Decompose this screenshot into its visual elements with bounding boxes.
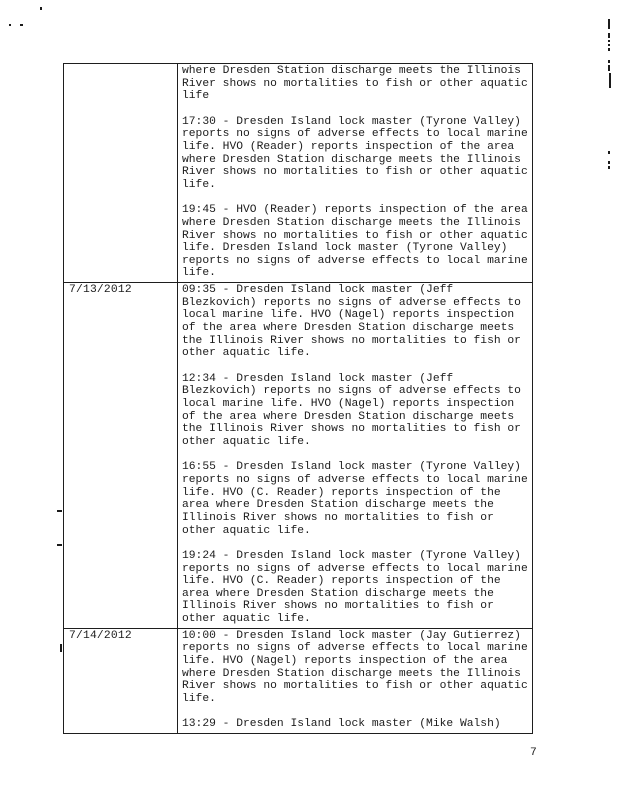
entries-cell: 09:35 - Dresden Island lock master (Jeff…: [178, 283, 532, 628]
scanned-document-page: { "page": { "number": "7" }, "table": { …: [0, 0, 618, 800]
table-row: 7/14/2012 10:00 - Dresden Island lock ma…: [64, 628, 532, 733]
table-row: 7/13/2012 09:35 - Dresden Island lock ma…: [64, 282, 532, 628]
log-entry: 10:00 - Dresden Island lock master (Jay …: [182, 630, 530, 706]
scan-artifact: [57, 544, 62, 546]
entries-cell: where Dresden Station discharge meets th…: [178, 64, 532, 282]
scan-artifact: [608, 48, 610, 51]
log-entry: 16:55 - Dresden Island lock master (Tyro…: [182, 461, 530, 537]
scan-artifact: [608, 19, 610, 29]
scan-artifact: [608, 161, 610, 164]
page-number: 7: [530, 747, 537, 760]
date-cell: 7/14/2012: [64, 629, 178, 733]
scan-artifact: [9, 24, 11, 26]
scan-artifact: [608, 33, 610, 38]
log-entry: where Dresden Station discharge meets th…: [182, 65, 530, 103]
scan-artifact: [20, 24, 23, 26]
scan-artifact: [608, 151, 610, 154]
log-entry: 13:29 - Dresden Island lock master (Mike…: [182, 718, 530, 731]
date-cell: [64, 64, 178, 282]
log-entry: 09:35 - Dresden Island lock master (Jeff…: [182, 284, 530, 360]
inspection-log-table: where Dresden Station discharge meets th…: [63, 63, 533, 734]
table-row: where Dresden Station discharge meets th…: [64, 64, 532, 282]
scan-artifact: [608, 166, 610, 169]
scan-artifact: [57, 510, 62, 512]
scan-artifact: [40, 7, 42, 10]
scan-artifact: [60, 644, 62, 652]
scan-artifact: [608, 60, 610, 63]
log-entry: 12:34 - Dresden Island lock master (Jeff…: [182, 373, 530, 449]
scan-artifact: [608, 65, 610, 71]
scan-artifact: [608, 40, 610, 42]
scan-artifact: [609, 73, 611, 88]
log-entry: 17:30 - Dresden Island lock master (Tyro…: [182, 116, 530, 192]
date-cell: 7/13/2012: [64, 283, 178, 628]
log-entry: 19:45 - HVO (Reader) reports inspection …: [182, 204, 530, 280]
scan-artifact: [608, 44, 610, 46]
entries-cell: 10:00 - Dresden Island lock master (Jay …: [178, 629, 532, 733]
log-entry: 19:24 - Dresden Island lock master (Tyro…: [182, 550, 530, 626]
